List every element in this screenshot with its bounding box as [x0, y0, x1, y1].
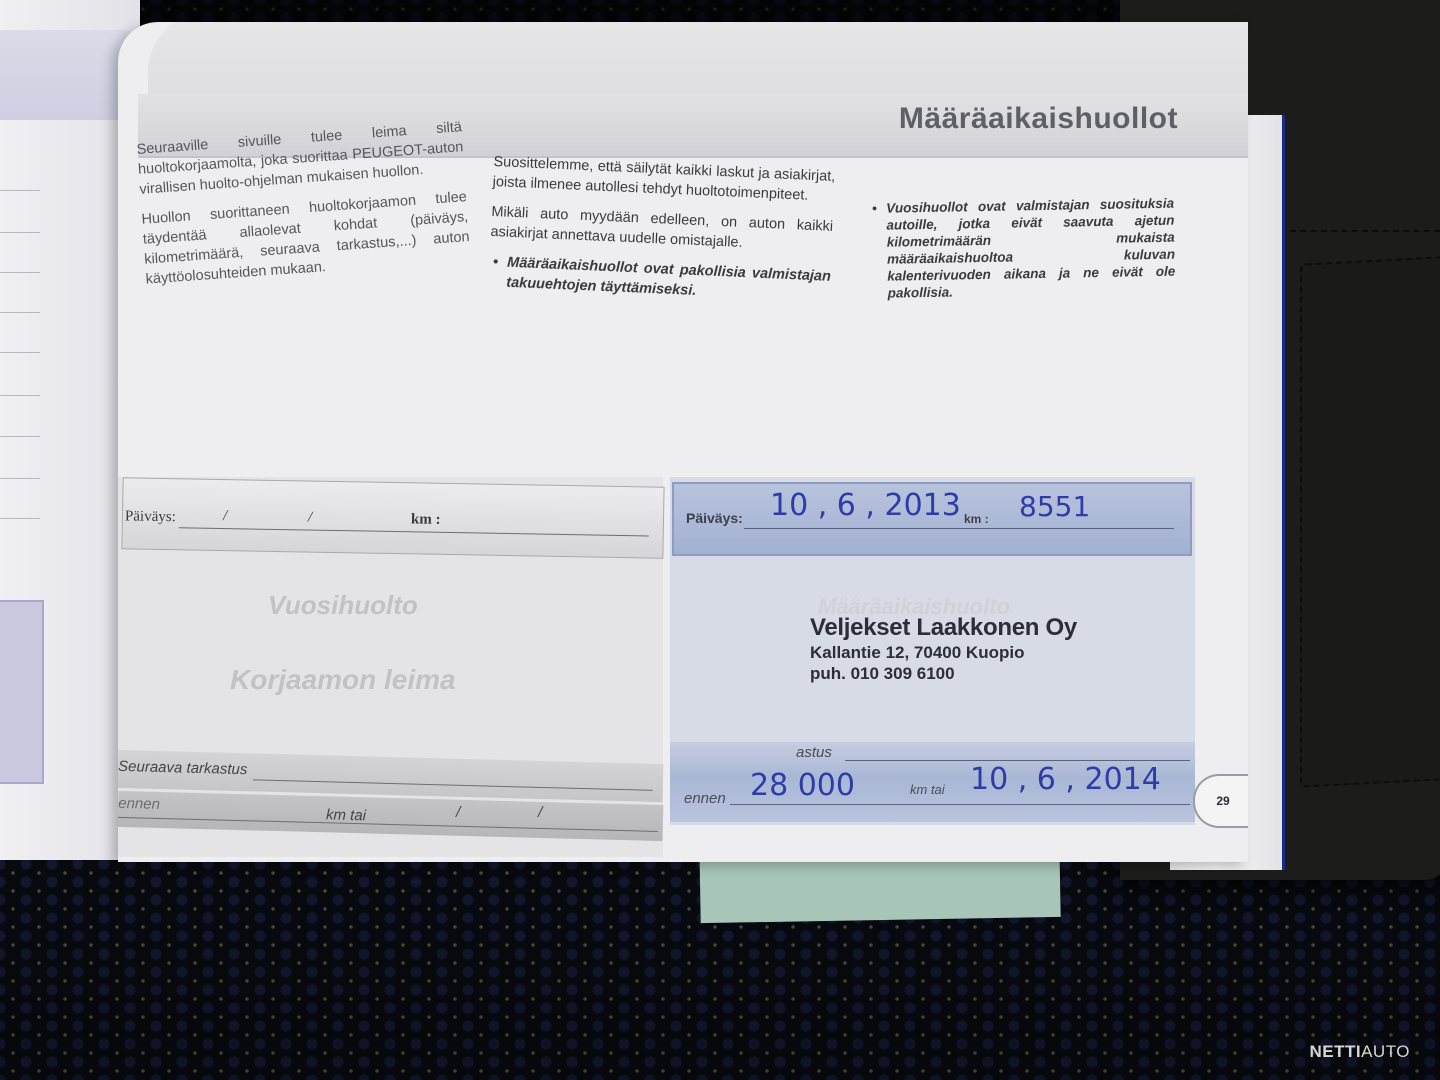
km-or-label: km tai: [910, 782, 945, 797]
date-separator: /: [538, 804, 543, 821]
handwritten-next-service-date: 10 , 6 , 2014: [970, 762, 1161, 797]
date-rule: [179, 527, 649, 536]
date-separator: /: [223, 508, 227, 525]
ruled-line: [0, 232, 40, 233]
handwritten-service-date: 10 , 6 , 2013: [770, 488, 961, 523]
previous-page-blue-box: [0, 600, 44, 784]
folder-stitching: [1290, 230, 1440, 233]
garage-address: Kallantie 12, 70400 Kuopio: [810, 642, 1077, 663]
text-column-2: Suosittelemme, että säilytät kaikki lask…: [487, 152, 835, 317]
ruled-line: [0, 190, 40, 191]
garage-name: Veljekset Laakkonen Oy: [810, 614, 1077, 642]
next-km-rule: [730, 804, 1190, 805]
garage-stamp: Veljekset Laakkonen Oy Kallantie 12, 704…: [810, 614, 1077, 684]
ruled-line: [0, 518, 40, 519]
page-title: Määräaikaishuollot: [899, 102, 1178, 136]
ruled-line: [0, 312, 40, 313]
before-label: ennen: [118, 795, 160, 813]
bullet-note: Vuosihuollot ovat valmistajan suosituksi…: [868, 195, 1176, 302]
date-label: Päiväys:: [125, 508, 176, 526]
next-inspection-rule: [845, 760, 1190, 761]
ruled-line: [0, 272, 40, 273]
handwritten-next-service-km: 28 000: [750, 768, 855, 803]
handwritten-odometer-km: 8551: [1019, 490, 1090, 523]
date-rule: [744, 528, 1174, 529]
date-row-filled: Päiväys: 10 , 6 , 2013 km : 8551: [672, 482, 1192, 556]
km-label: km :: [411, 511, 441, 529]
next-inspection-label: astus: [796, 744, 832, 761]
date-label: Päiväys:: [686, 510, 743, 526]
text-column-3: Vuosihuollot ovat valmistajan suosituksi…: [868, 195, 1176, 312]
ruled-line: [0, 436, 40, 437]
previous-page-header: [0, 30, 130, 120]
page-number-tab: 29: [1193, 774, 1248, 828]
ruled-line: [0, 478, 40, 479]
text-column-1: Seuraaville sivuille tulee leima siltä h…: [136, 117, 472, 299]
next-inspection-label: Seuraava tarkastus: [118, 758, 248, 778]
folder-pocket: [1300, 256, 1440, 787]
bullet-note: Määräaikaishuollot ovat pakollisia valmi…: [488, 252, 831, 307]
next-inspection-rule: [253, 779, 653, 790]
paragraph: Mikäli auto myydään edelleen, on auton k…: [490, 202, 833, 257]
watermark-bold: NETTI: [1309, 1042, 1361, 1061]
km-label: km :: [964, 512, 989, 526]
garage-phone: puh. 010 309 6100: [810, 663, 1077, 684]
date-row-empty: Päiväys: / / km :: [121, 477, 664, 558]
service-booklet-page: Määräaikaishuollot Seuraaville sivuille …: [118, 22, 1248, 862]
stamp-placeholder-annual-service: Vuosihuolto: [268, 590, 418, 621]
next-service-row-filled: astus ennen 28 000 km tai 10 , 6 , 2014: [670, 742, 1195, 822]
ruled-line: [0, 352, 40, 353]
page-number: 29: [1216, 794, 1229, 808]
date-separator: /: [456, 804, 461, 821]
before-label: ennen: [684, 790, 726, 807]
stamp-placeholder-garage-stamp: Korjaamon leima: [230, 664, 456, 696]
paragraph: Huollon suorittaneen huoltokorjaamon tul…: [141, 187, 472, 290]
paragraph: Suosittelemme, että säilytät kaikki lask…: [492, 152, 835, 207]
nettiauto-watermark: NETTIAUTO: [1309, 1042, 1410, 1062]
watermark-light: AUTO: [1361, 1042, 1410, 1061]
date-separator: /: [308, 510, 312, 527]
ruled-line: [0, 395, 40, 396]
